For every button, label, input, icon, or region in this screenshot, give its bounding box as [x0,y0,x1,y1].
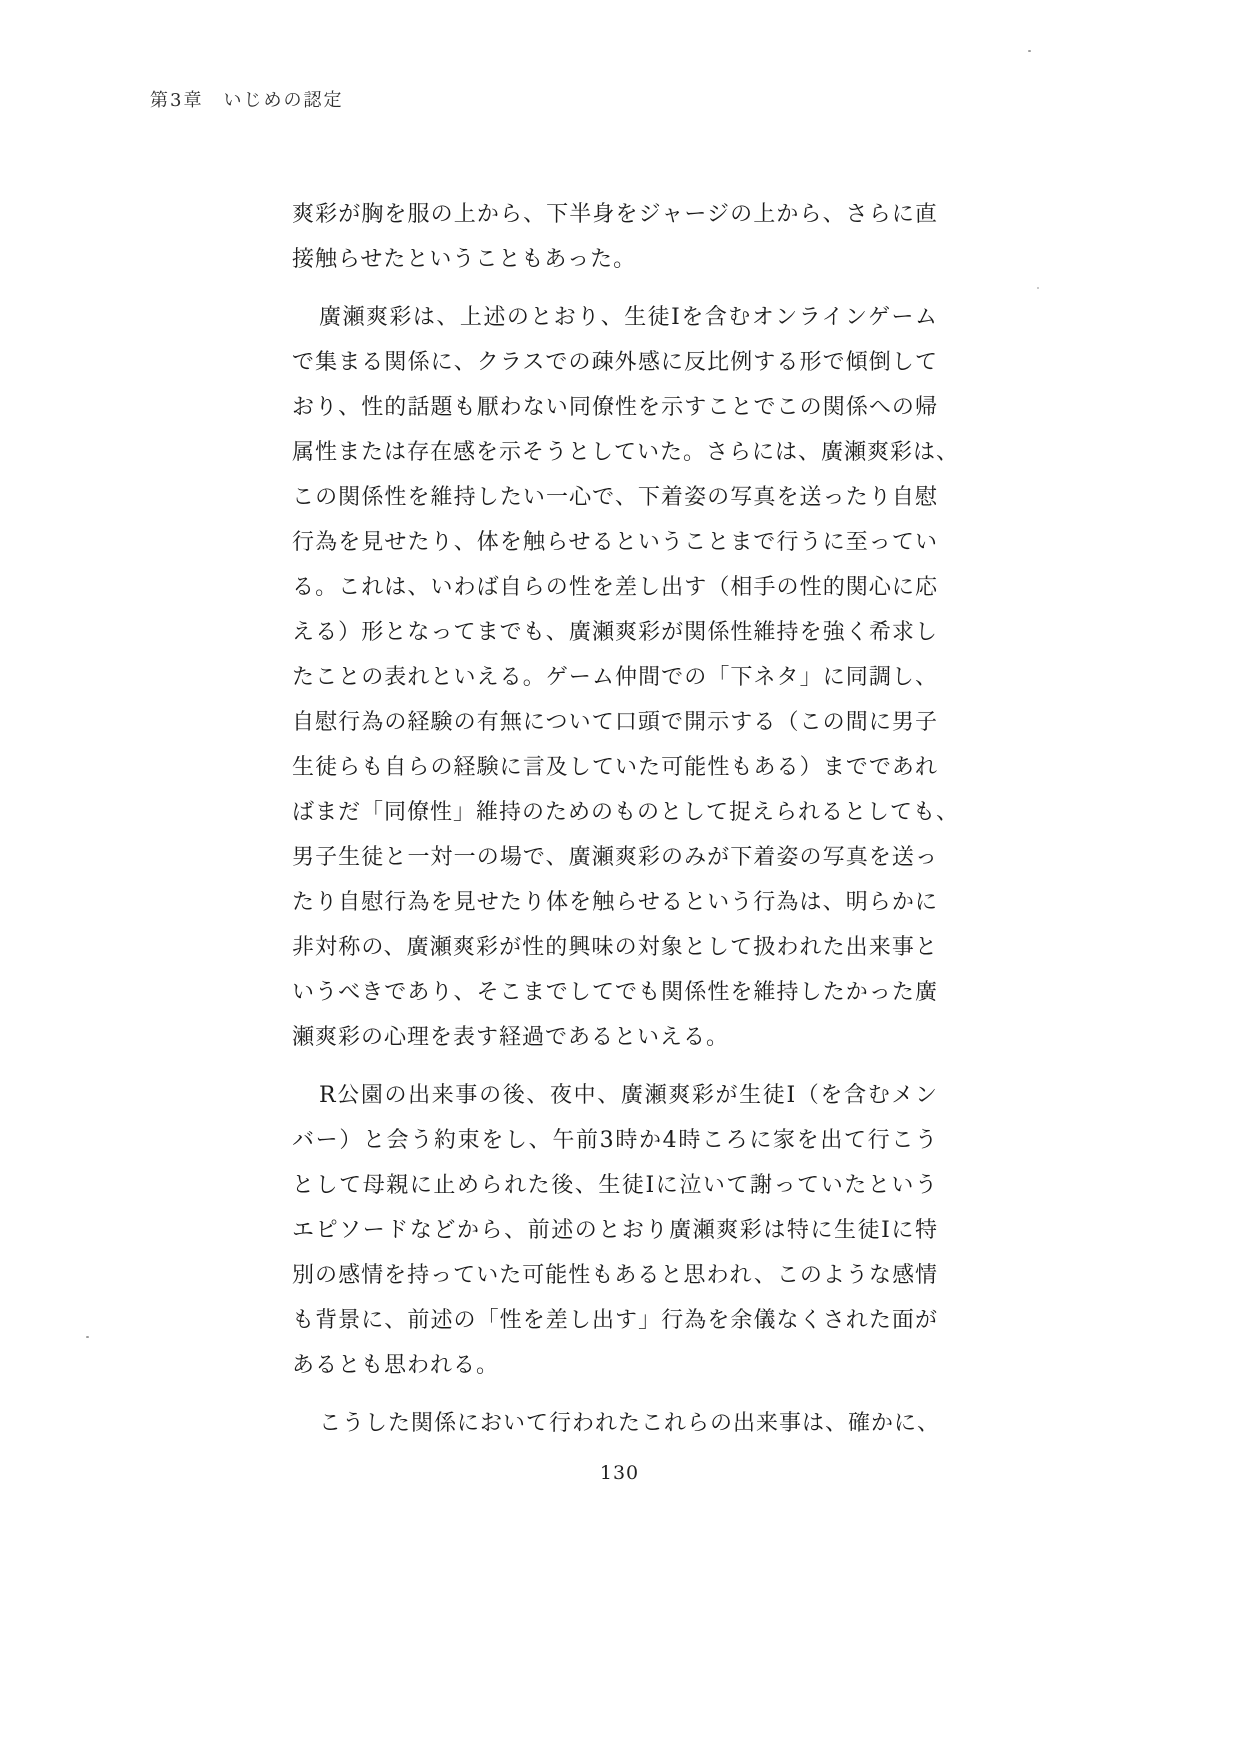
text-line: R公園の出来事の後、夜中、廣瀬爽彩が生徒I（を含むメン [292,1073,938,1118]
text-line: る。これは、いわば自らの性を差し出す（相手の性的関心に応 [292,565,938,610]
text-line: ばまだ「同僚性」維持のためのものとして捉えられるとしても、 [292,790,938,835]
scan-artifact-dot [1037,287,1039,289]
text-line: バー）と会う約束をし、午前3時か4時ころに家を出て行こう [292,1118,938,1163]
scan-artifact-dot [86,1336,89,1338]
text-line: あるとも思われる。 [292,1343,938,1388]
page-number: 130 [0,1462,1239,1484]
text-line: も背景に、前述の「性を差し出す」行為を余儀なくされた面が [292,1298,938,1343]
paragraph: こうした関係において行われたこれらの出来事は、確かに、 [292,1401,938,1446]
text-line: こうした関係において行われたこれらの出来事は、確かに、 [292,1401,938,1446]
text-line: 別の感情を持っていた可能性もあると思われ、このような感情 [292,1253,938,1298]
text-line: 男子生徒と一対一の場で、廣瀬爽彩のみが下着姿の写真を送っ [292,835,938,880]
text-line: 自慰行為の経験の有無について口頭で開示する（この間に男子 [292,700,938,745]
text-line: 廣瀬爽彩は、上述のとおり、生徒Iを含むオンラインゲーム [292,295,938,340]
paragraph: 廣瀬爽彩は、上述のとおり、生徒Iを含むオンラインゲームで集まる関係に、クラスでの… [292,295,938,1060]
text-line: として母親に止められた後、生徒Iに泣いて謝っていたという [292,1163,938,1208]
text-line: 非対称の、廣瀬爽彩が性的興味の対象として扱われた出来事と [292,925,938,970]
text-line: える）形となってまでも、廣瀬爽彩が関係性維持を強く希求し [292,610,938,655]
text-line: で集まる関係に、クラスでの疎外感に反比例する形で傾倒して [292,340,938,385]
text-line: 瀬爽彩の心理を表す経過であるといえる。 [292,1015,938,1060]
paragraph: R公園の出来事の後、夜中、廣瀬爽彩が生徒I（を含むメンバー）と会う約束をし、午前… [292,1073,938,1388]
chapter-header: 第3章 いじめの認定 [150,86,343,112]
document-page: 第3章 いじめの認定 爽彩が胸を服の上から、下半身をジャージの上から、さらに直接… [0,0,1239,1754]
text-line: いうべきであり、そこまでしてでも関係性を維持したかった廣 [292,970,938,1015]
text-line: おり、性的話題も厭わない同僚性を示すことでこの関係への帰 [292,385,938,430]
text-line: 生徒らも自らの経験に言及していた可能性もある）までであれ [292,745,938,790]
text-line: エピソードなどから、前述のとおり廣瀬爽彩は特に生徒Iに特 [292,1208,938,1253]
text-line: 爽彩が胸を服の上から、下半身をジャージの上から、さらに直 [292,192,938,237]
text-line: たり自慰行為を見せたり体を触らせるという行為は、明らかに [292,880,938,925]
text-line: 属性または存在感を示そうとしていた。さらには、廣瀬爽彩は、 [292,430,938,475]
text-line: この関係性を維持したい一心で、下着姿の写真を送ったり自慰 [292,475,938,520]
text-line: 行為を見せたり、体を触らせるということまで行うに至ってい [292,520,938,565]
text-line: 接触らせたということもあった。 [292,237,938,282]
scan-artifact-dot [1028,50,1031,52]
paragraph: 爽彩が胸を服の上から、下半身をジャージの上から、さらに直接触らせたということもあ… [292,192,938,282]
text-line: たことの表れといえる。ゲーム仲間での「下ネタ」に同調し、 [292,655,938,700]
document-body: 爽彩が胸を服の上から、下半身をジャージの上から、さらに直接触らせたということもあ… [292,192,938,1446]
